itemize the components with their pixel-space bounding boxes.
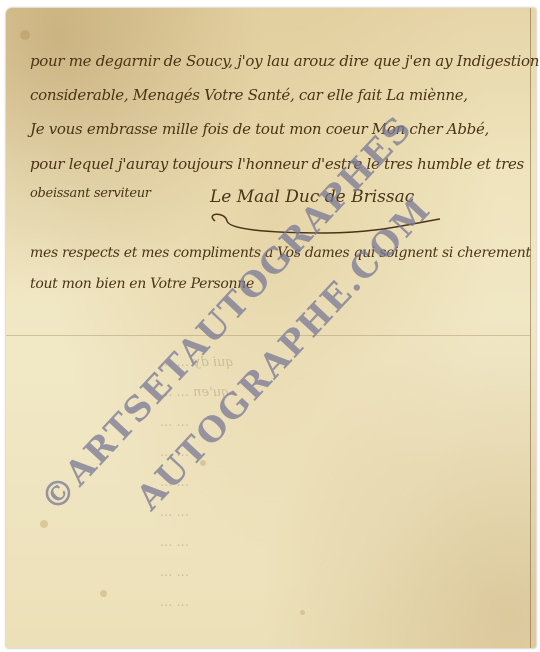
letter-paper [6,8,536,648]
bleed-through-line: ... ... [160,415,189,430]
letter-line-1: pour me degarnir de Soucy, j'oy lau arou… [30,52,539,70]
age-spot [20,30,30,40]
letter-line-4: pour lequel j'auray toujours l'honneur d… [30,155,524,173]
age-spot [300,610,305,615]
letter-line-5: obeissant serviteur [30,186,151,201]
page-edge-fold [530,8,531,648]
age-spot [100,590,107,597]
age-spot [40,520,48,528]
bleed-through-line: ... ... [160,595,189,610]
horizontal-fold-line [6,335,530,336]
bleed-through-line: ... ... [160,565,189,580]
letter-line-2: considerable, Menagés Votre Santé, car e… [30,86,468,104]
bleed-through-line: ... ... [160,535,189,550]
